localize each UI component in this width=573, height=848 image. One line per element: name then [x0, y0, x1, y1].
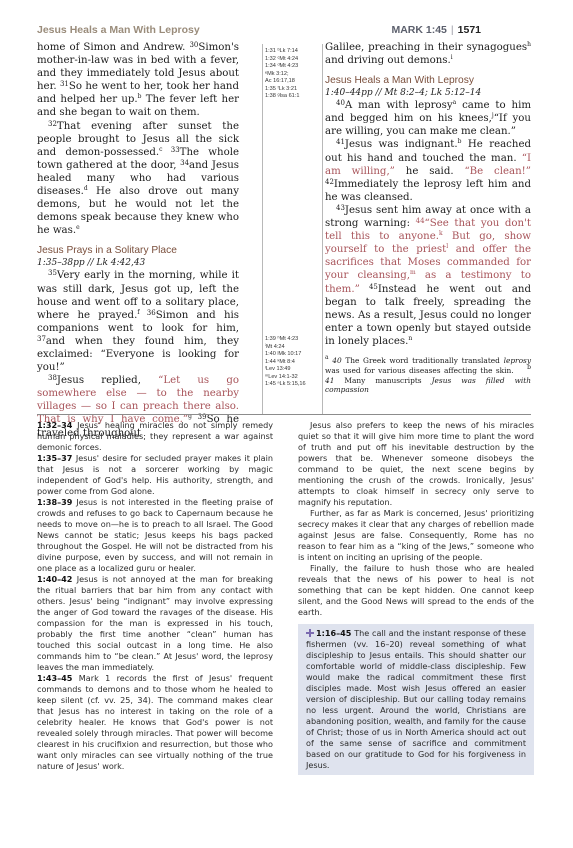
cross-reference-marker[interactable]: n — [408, 335, 412, 342]
verse-number: 42 — [325, 178, 334, 186]
commentary-note: 1:38–39 Jesus is not interested in the f… — [37, 497, 273, 574]
chapter-verse-reference: MARK 1:45 — [391, 24, 446, 36]
verse-number: 43 — [336, 204, 345, 212]
cross-reference[interactable]: 1:38 ᵍIsa 61:1 — [265, 93, 321, 101]
commentary-left-column: 1:32–34 Jesus' healing miracles do not s… — [37, 420, 273, 772]
commentary-paragraph: Finally, the failure to hush those who a… — [298, 563, 534, 618]
cross-reference-marker[interactable]: h — [527, 41, 531, 48]
bible-paragraph: home of Simon and Andrew. 30Simon's moth… — [37, 41, 239, 120]
cross-reference[interactable]: 1:40 ʲMk 10:17 — [265, 351, 321, 359]
commentary-divider — [37, 414, 531, 415]
cross-reference[interactable]: 1:39 ʰMt 4:23 — [265, 336, 321, 344]
verse-number: 41 — [336, 138, 345, 146]
application-sidebar-box: 1:16–45 The call and the instant respons… — [298, 624, 534, 775]
page-number: 1571 — [458, 24, 481, 36]
note-reference: 1:38–39 — [37, 497, 72, 507]
note-reference: 1:43–45 — [37, 673, 72, 683]
cross-reference[interactable]: 1:45 ⁿLk 5:15,16 — [265, 381, 321, 389]
section-heading: Jesus Heals a Man With Leprosy — [325, 74, 531, 87]
commentary-paragraph: Jesus also prefers to keep the news of h… — [298, 420, 534, 508]
page-reference: MARK 1:45|1571 — [391, 24, 481, 36]
note-reference: 1:32–34 — [37, 420, 72, 430]
parallel-passages: 1:40–44pp // Mt 8:2–4; Lk 5:12–14 — [325, 87, 531, 99]
verse-number: 36 — [140, 309, 156, 317]
bible-paragraph: 41Jesus was indignant.b He reached out h… — [325, 138, 531, 203]
cross-reference[interactable]: 1:32 ᶜMt 4:24 — [265, 56, 321, 64]
running-header: Jesus Heals a Man With Leprosy MARK 1:45… — [37, 24, 481, 36]
bible-text-left-column: home of Simon and Andrew. 30Simon's moth… — [37, 41, 239, 440]
bible-paragraph: 32That evening after sunset the people b… — [37, 120, 239, 238]
cross-reference[interactable]: ᵐLev 14:1-32 — [265, 374, 321, 382]
cross-icon — [306, 629, 314, 637]
translation-footnotes: a 40 The Greek word traditionally transl… — [325, 356, 531, 395]
cross-reference[interactable]: 1:35 ᶠLk 3:21 — [265, 86, 321, 94]
section-heading: Jesus Prays in a Solitary Place — [37, 244, 239, 257]
cross-reference[interactable]: 1:44 ᵏMt 8:4 — [265, 359, 321, 367]
commentary-note: 1:43–45 Mark 1 records the first of Jesu… — [37, 673, 273, 772]
verse-number: 38 — [48, 374, 57, 382]
verse-number: 33 — [163, 146, 180, 154]
cross-reference[interactable]: 1:31 ᵇLk 7:14 — [265, 48, 321, 56]
column-divider-right — [322, 44, 323, 414]
running-title: Jesus Heals a Man With Leprosy — [37, 24, 200, 36]
verse-number: 37 — [37, 335, 46, 343]
note-reference: 1:35–37 — [37, 453, 72, 463]
verse-number: 34 — [180, 159, 189, 167]
cross-reference[interactable]: 1:34 ᵈMt 4:23 — [265, 63, 321, 71]
footnote-letter: b — [527, 364, 531, 371]
verse-number: 40 — [336, 99, 345, 107]
bible-paragraph: 43Jesus sent him away at once with a str… — [325, 204, 531, 348]
footnote-verse: 41 — [325, 376, 334, 385]
verse-number: 35 — [48, 269, 57, 277]
verse-number: 32 — [48, 120, 57, 128]
note-reference: 1:40–42 — [37, 574, 72, 584]
header-separator: | — [451, 24, 454, 36]
cross-reference[interactable]: Ac 16:17,18 — [265, 78, 321, 86]
commentary-note: 1:35–37 Jesus' desire for secluded praye… — [37, 453, 273, 497]
bible-paragraph: 35Very early in the morning, while it wa… — [37, 269, 239, 374]
words-of-jesus: “Be clean!” — [464, 166, 531, 177]
commentary-right-column: Jesus also prefers to keep the news of h… — [298, 420, 534, 775]
verse-number: 44 — [416, 217, 425, 225]
commentary-note: 1:32–34 Jesus' healing miracles do not s… — [37, 420, 273, 453]
parallel-passages: 1:35–38pp // Lk 4:42,43 — [37, 257, 239, 269]
cross-reference[interactable]: ˡLev 13:49 — [265, 366, 321, 374]
cross-reference[interactable]: ᵉMk 3:12; — [265, 71, 321, 79]
commentary-note: 1:40–42 Jesus is not annoyed at the man … — [37, 574, 273, 673]
verse-number: 31 — [60, 80, 69, 88]
verse-number: 45 — [360, 283, 378, 291]
note-reference: 1:16–45 — [316, 628, 351, 638]
bible-paragraph: Galilee, preaching in their synagoguesh … — [325, 41, 531, 67]
cross-reference[interactable]: ⁱMt 4:24 — [265, 344, 321, 352]
column-divider-left — [262, 44, 263, 414]
bible-text-right-column: Galilee, preaching in their synagoguesh … — [325, 41, 531, 395]
footnote-verse: 40 — [329, 356, 342, 365]
cross-references-top: 1:31 ᵇLk 7:14 1:32 ᶜMt 4:24 1:34 ᵈMt 4:2… — [265, 48, 321, 101]
cross-reference-marker[interactable]: i — [451, 54, 453, 61]
cross-references-bottom: 1:39 ʰMt 4:23 ⁱMt 4:24 1:40 ʲMk 10:17 1:… — [265, 336, 321, 389]
commentary-paragraph: Further, as far as Mark is concerned, Je… — [298, 508, 534, 563]
bible-paragraph: 40A man with leprosya came to him and be… — [325, 99, 531, 138]
cross-reference-marker[interactable]: e — [76, 224, 80, 231]
